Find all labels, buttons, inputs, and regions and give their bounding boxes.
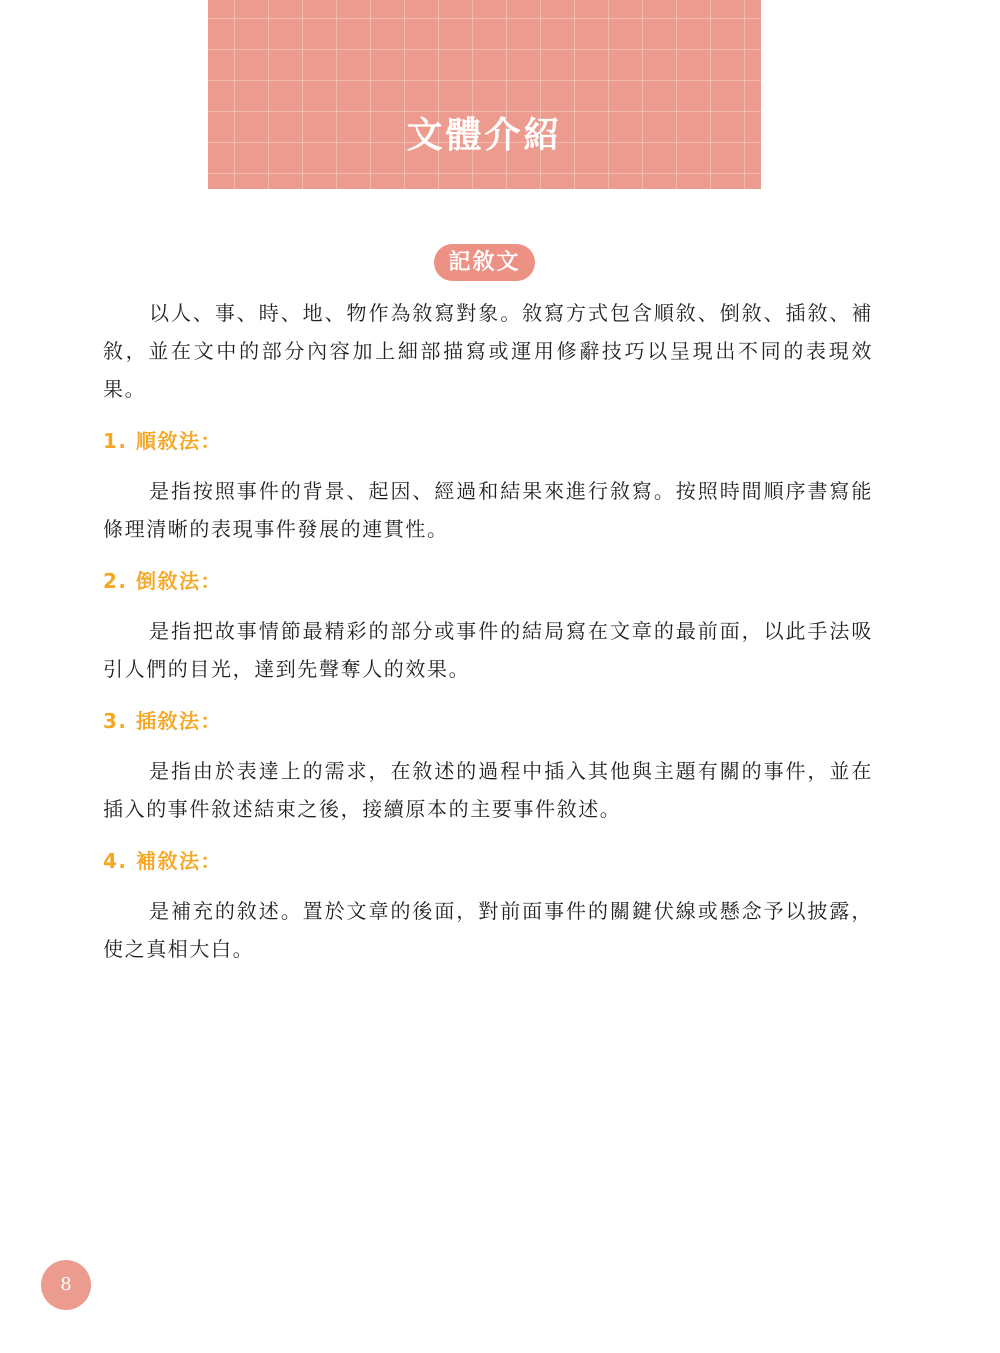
item-body: 是補充的敘述。置於文章的後面，對前面事件的關鍵伏線或懸念予以披露，使之真相大白。 [103,892,873,968]
section-label-pill: 記敘文 [434,244,535,281]
content-body: 以人、事、時、地、物作為敘寫對象。敘寫方式包含順敘、倒敘、插敘、補敘，並在文中的… [103,294,873,968]
header-banner: 文體介紹 [208,0,761,189]
item-heading: 1. 順敘法： [103,424,873,458]
item-heading: 4. 補敘法： [103,844,873,878]
item-sequential-narration: 1. 順敘法： 是指按照事件的背景、起因、經過和結果來進行敘寫。按照時間順序書寫… [103,424,873,548]
item-heading: 3. 插敘法： [103,704,873,738]
item-flashback-narration: 2. 倒敘法： 是指把故事情節最精彩的部分或事件的結局寫在文章的最前面，以此手法… [103,564,873,688]
page-title: 文體介紹 [208,114,761,158]
item-interpolated-narration: 3. 插敘法： 是指由於表達上的需求，在敘述的過程中插入其他與主題有關的事件，並… [103,704,873,828]
item-body: 是指按照事件的背景、起因、經過和結果來進行敘寫。按照時間順序書寫能條理清晰的表現… [103,472,873,548]
item-heading: 2. 倒敘法： [103,564,873,598]
intro-paragraph: 以人、事、時、地、物作為敘寫對象。敘寫方式包含順敘、倒敘、插敘、補敘，並在文中的… [103,294,873,408]
page-number-badge: 8 [41,1260,91,1310]
item-body: 是指由於表達上的需求，在敘述的過程中插入其他與主題有關的事件，並在插入的事件敘述… [103,752,873,828]
item-body: 是指把故事情節最精彩的部分或事件的結局寫在文章的最前面，以此手法吸引人們的目光，… [103,612,873,688]
item-supplementary-narration: 4. 補敘法： 是補充的敘述。置於文章的後面，對前面事件的關鍵伏線或懸念予以披露… [103,844,873,968]
